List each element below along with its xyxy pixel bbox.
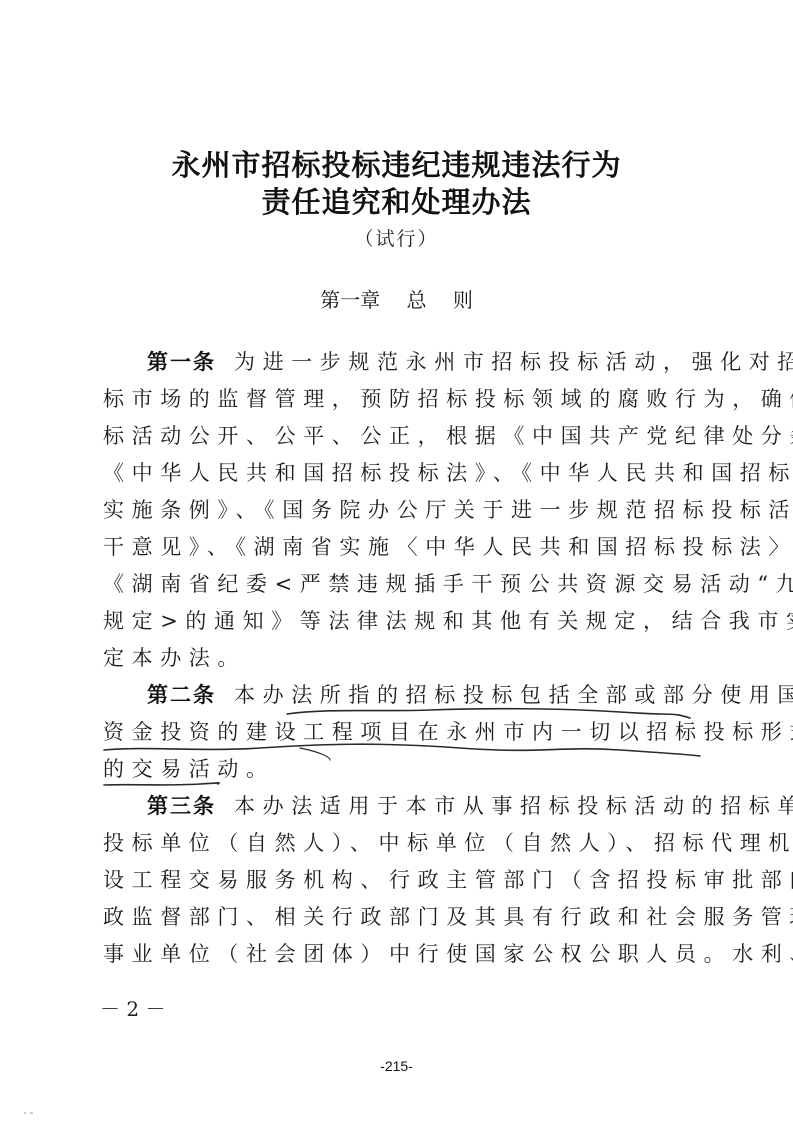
article-3: 第三条本办法适用于本市从事招标投标活动的招标单位、 投标单位（自然人）、中标单位… <box>103 788 703 973</box>
chapter-heading: 第一章 总 则 <box>0 284 793 313</box>
article-line: 定本办法。 <box>103 640 703 677</box>
article-label: 第一条 <box>147 350 216 374</box>
article-line: 规定>的通知》等法律法规和其他有关规定，结合我市实际，制 <box>103 603 703 640</box>
article-line: 资金投资的建设工程项目在永州市内一切以招标投标形式进行 <box>103 714 703 751</box>
article-text: 为进一步规范永州市招标投标活动，强化对招标投 <box>234 350 793 374</box>
article-text: 本办法所指的招标投标包括全部或部分使用国有 <box>234 683 793 707</box>
document-title-line-2: 责任追究和处理办法 <box>0 180 793 221</box>
article-line: 第一条为进一步规范永州市招标投标活动，强化对招标投 <box>103 344 703 381</box>
outer-page-number-text: -215- <box>380 1058 413 1074</box>
article-label: 第三条 <box>147 794 216 818</box>
article-2: 第二条本办法所指的招标投标包括全部或部分使用国有 资金投资的建设工程项目在永州市… <box>103 677 703 788</box>
article-label: 第二条 <box>147 683 216 707</box>
scan-speck <box>24 1112 26 1114</box>
article-line: 第三条本办法适用于本市从事招标投标活动的招标单位、 <box>103 788 703 825</box>
article-line: 投标单位（自然人）、中标单位（自然人）、招标代理机构、建 <box>103 825 703 862</box>
article-line: 《中华人民共和国招标投标法》、《中华人民共和国招标投标法 <box>103 455 703 492</box>
article-line: 《湖南省纪委<严禁违规插手干预公共资源交易活动“九不准” <box>103 566 703 603</box>
article-1: 第一条为进一步规范永州市招标投标活动，强化对招标投 标市场的监督管理，预防招标投… <box>103 344 703 677</box>
document-page: 永州市招标投标违纪违规违法行为 责任追究和处理办法 （试行） 第一章 总 则 第… <box>0 0 793 1122</box>
document-body: 第一条为进一步规范永州市招标投标活动，强化对招标投 标市场的监督管理，预防招标投… <box>103 344 703 973</box>
document-subtitle: （试行） <box>0 224 793 251</box>
article-text: 本办法适用于本市从事招标投标活动的招标单位、 <box>234 794 793 818</box>
article-line: 事业单位（社会团体）中行使国家公权公职人员。水利、交通、 <box>103 936 703 973</box>
article-line: 干意见》、《湖南省实施〈中华人民共和国招标投标法〉办法》、 <box>103 529 703 566</box>
article-line: 的交易活动。 <box>103 751 703 788</box>
inner-page-number: － 2 － <box>100 993 165 1022</box>
article-line: 设工程交易服务机构、行政主管部门（含招投标审批部门）、行 <box>103 862 703 899</box>
article-line: 标活动公开、公平、公正，根据《中国共产党纪律处分条例》、 <box>103 418 703 455</box>
document-title-line-1: 永州市招标投标违纪违规违法行为 <box>0 143 793 184</box>
scan-speck <box>30 1112 33 1114</box>
article-line: 实施条例》、《国务院办公厅关于进一步规范招标投标活动的若 <box>103 492 703 529</box>
article-line: 第二条本办法所指的招标投标包括全部或部分使用国有 <box>103 677 703 714</box>
outer-page-number: -215- <box>0 1058 793 1074</box>
article-line: 政监督部门、相关行政部门及其具有行政和社会服务管理职能的 <box>103 899 703 936</box>
article-line: 标市场的监督管理，预防招标投标领域的腐败行为，确保招标投 <box>103 381 703 418</box>
